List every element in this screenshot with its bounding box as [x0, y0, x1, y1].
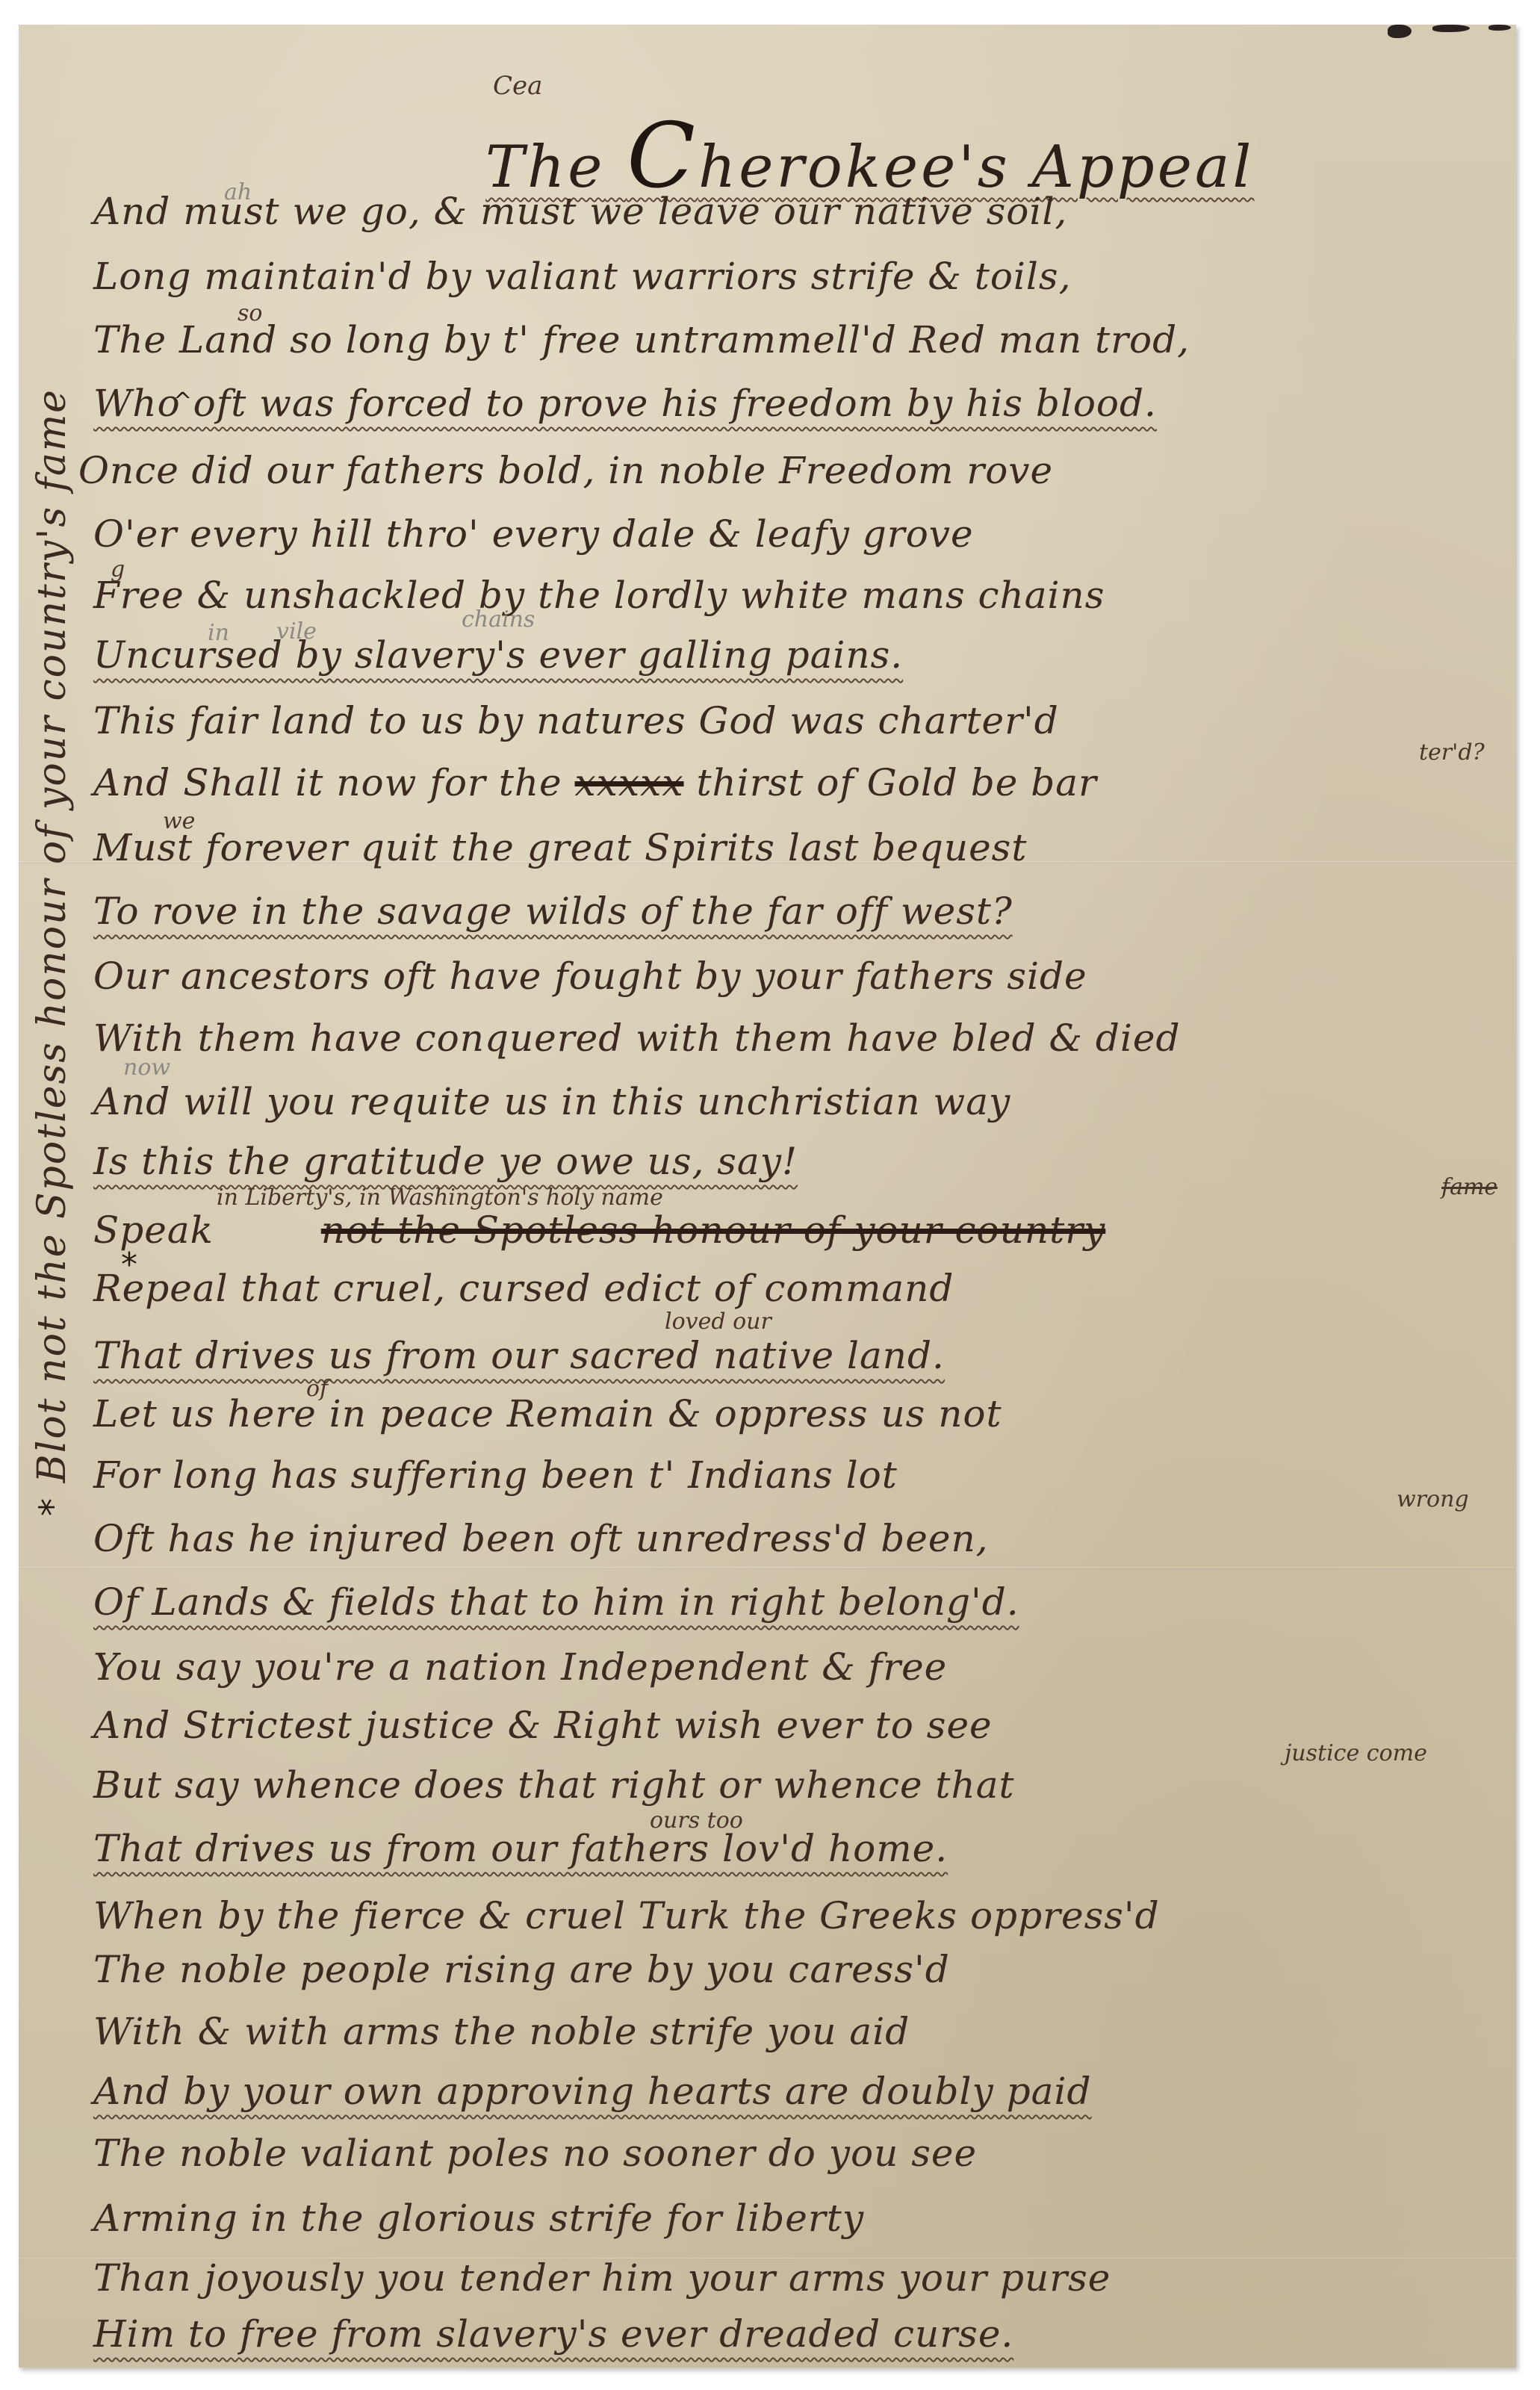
verse-line-34: Than joyously you tender him your arms y… — [93, 2259, 1111, 2297]
pencil-insertion-now: now — [123, 1055, 170, 1081]
insertion-wrong: wrong — [1397, 1486, 1469, 1512]
verse-line-22: Oft has he injured been oft unredress'd … — [93, 1520, 989, 1557]
ink-stain — [1488, 25, 1511, 31]
asterisk-marker: * — [32, 1497, 74, 1516]
verse-line-24: You say you're a nation Independent & fr… — [93, 1648, 947, 1686]
verse-line-28: When by the fierce & cruel Turk the Gree… — [93, 1897, 1160, 1934]
verse-line-9: This fair land to us by natures God was … — [93, 702, 1059, 739]
verse-line-33: Arming in the glorious strife for libert… — [93, 2200, 864, 2237]
insertion-terd: ter'd? — [1419, 739, 1485, 766]
pencil-insertion-vile: vile — [276, 618, 317, 645]
pencil-insertion-in: in — [208, 620, 229, 646]
verse-line-31: And by your own approving hearts are dou… — [93, 2073, 1091, 2110]
margin-note-text: Blot not the Spotless honour of your cou… — [30, 388, 75, 1483]
verse-line-10-end: thirst of Gold be bar — [696, 761, 1096, 804]
pencil-insertion-chains: chains — [462, 606, 535, 633]
title-annotation: Cea — [493, 71, 542, 101]
verse-line-20: Let us here in peace Remain & oppress us… — [93, 1395, 1002, 1433]
insertion-g: g — [111, 556, 125, 583]
verse-line-11: Must forever quit the great Spirits last… — [93, 829, 1027, 866]
struck-insertion-fame: fame — [1441, 1174, 1497, 1200]
verse-line-14: With them have conquered with them have … — [93, 1019, 1181, 1057]
ink-stain — [1432, 25, 1470, 32]
insertion-ah: ah — [224, 179, 252, 205]
verse-line-17-start: Speak — [93, 1208, 214, 1252]
verse-line-5: Once did our fathers bold, in noble Free… — [78, 452, 1053, 489]
verse-line-23: Of Lands & fields that to him in right b… — [93, 1583, 1019, 1621]
verse-line-12: To rove in the savage wilds of the far o… — [93, 893, 1013, 930]
verse-line-18: Repeal that cruel, cursed edict of comma… — [93, 1270, 954, 1307]
verse-line-19: That drives us from our sacred native la… — [93, 1337, 945, 1374]
ink-stain — [1388, 25, 1412, 38]
struck-phrase: not the Spotless honour of your country — [321, 1208, 1106, 1252]
verse-line-21: For long has suffering been t' Indians l… — [93, 1456, 898, 1494]
verse-line-13: Our ancestors oft have fought by your fa… — [93, 957, 1087, 995]
insertion-caret: ^ — [173, 388, 192, 415]
insertion-loved-our: loved our — [665, 1309, 771, 1335]
verse-line-16: Is this the gratitude ye owe us, say! — [93, 1143, 798, 1180]
verse-line-32: The noble valiant poles no sooner do you… — [93, 2135, 977, 2172]
verse-line-26: But say whence does that right or whence… — [93, 1766, 1015, 1804]
verse-line-35: Him to free from slavery's ever dreaded … — [93, 2315, 1013, 2353]
verse-line-27: That drives us from our fathers lov'd ho… — [93, 1830, 948, 1867]
verse-line-25: And Strictest justice & Right wish ever … — [93, 1707, 993, 1744]
verse-line-4: Who oft was forced to prove his freedom … — [93, 385, 1157, 422]
verse-line-6: O'er every hill thro' every dale & leafy… — [93, 515, 974, 553]
margin-note: * Blot not the Spotless honour of your c… — [30, 388, 75, 1516]
verse-line-29: The noble people rising are by you cares… — [93, 1951, 950, 1988]
insertion-liberty: in Liberty's, in Washington's holy name — [217, 1185, 663, 1211]
insertion-we: we — [163, 808, 195, 834]
fold-crease — [19, 1567, 1516, 1569]
verse-line-3: The Land so long by t' free untrammell'd… — [93, 321, 1190, 358]
insertion-so: so — [237, 300, 262, 326]
verse-line-10-start: And Shall it now for the — [93, 761, 562, 804]
verse-line-10: And Shall it now for the xxxxx thirst of… — [93, 764, 1097, 801]
struck-word: xxxxx — [575, 761, 684, 804]
verse-line-7: Free & unshackled by the lordly white ma… — [93, 577, 1105, 614]
insertion-justice-come: justice come — [1285, 1740, 1427, 1766]
verse-line-2: Long maintain'd by valiant warriors stri… — [93, 258, 1071, 295]
verse-line-15: And will you requite us in this unchrist… — [93, 1083, 1010, 1120]
verse-line-17: Speak not the Spotless honour of your co… — [93, 1211, 1105, 1249]
page-title: The Cherokee's Appeal — [485, 112, 1254, 202]
verse-line-30: With & with arms the noble strife you ai… — [93, 2013, 910, 2050]
